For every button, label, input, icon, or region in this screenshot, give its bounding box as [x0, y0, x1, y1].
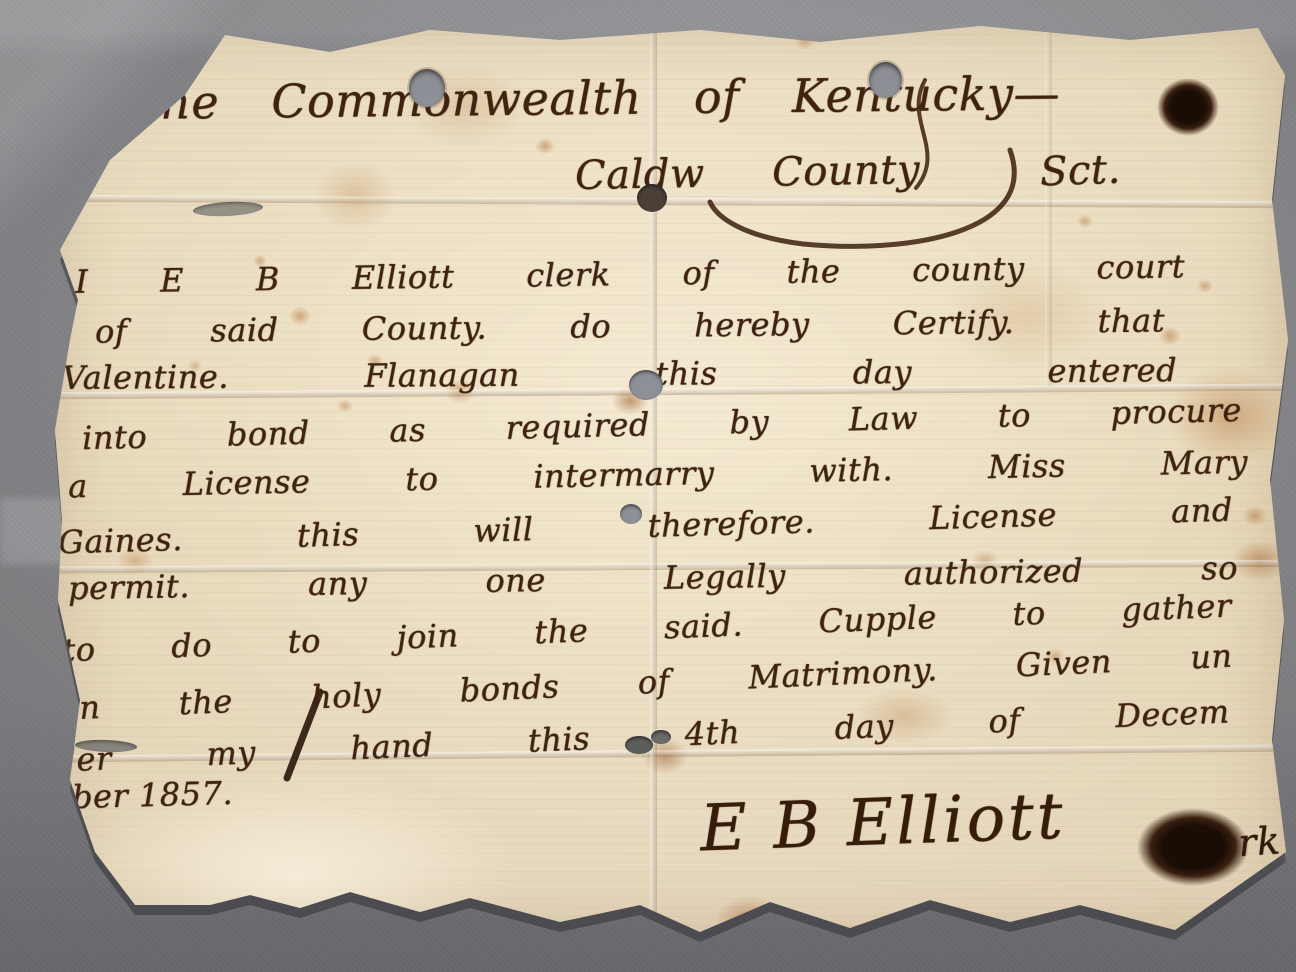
photo-background: The Commonwealth of Kentucky— Caldw Coun… [0, 0, 1296, 972]
paper-edge-shading [45, 16, 1290, 938]
document-paper: The Commonwealth of Kentucky— Caldw Coun… [45, 16, 1290, 938]
